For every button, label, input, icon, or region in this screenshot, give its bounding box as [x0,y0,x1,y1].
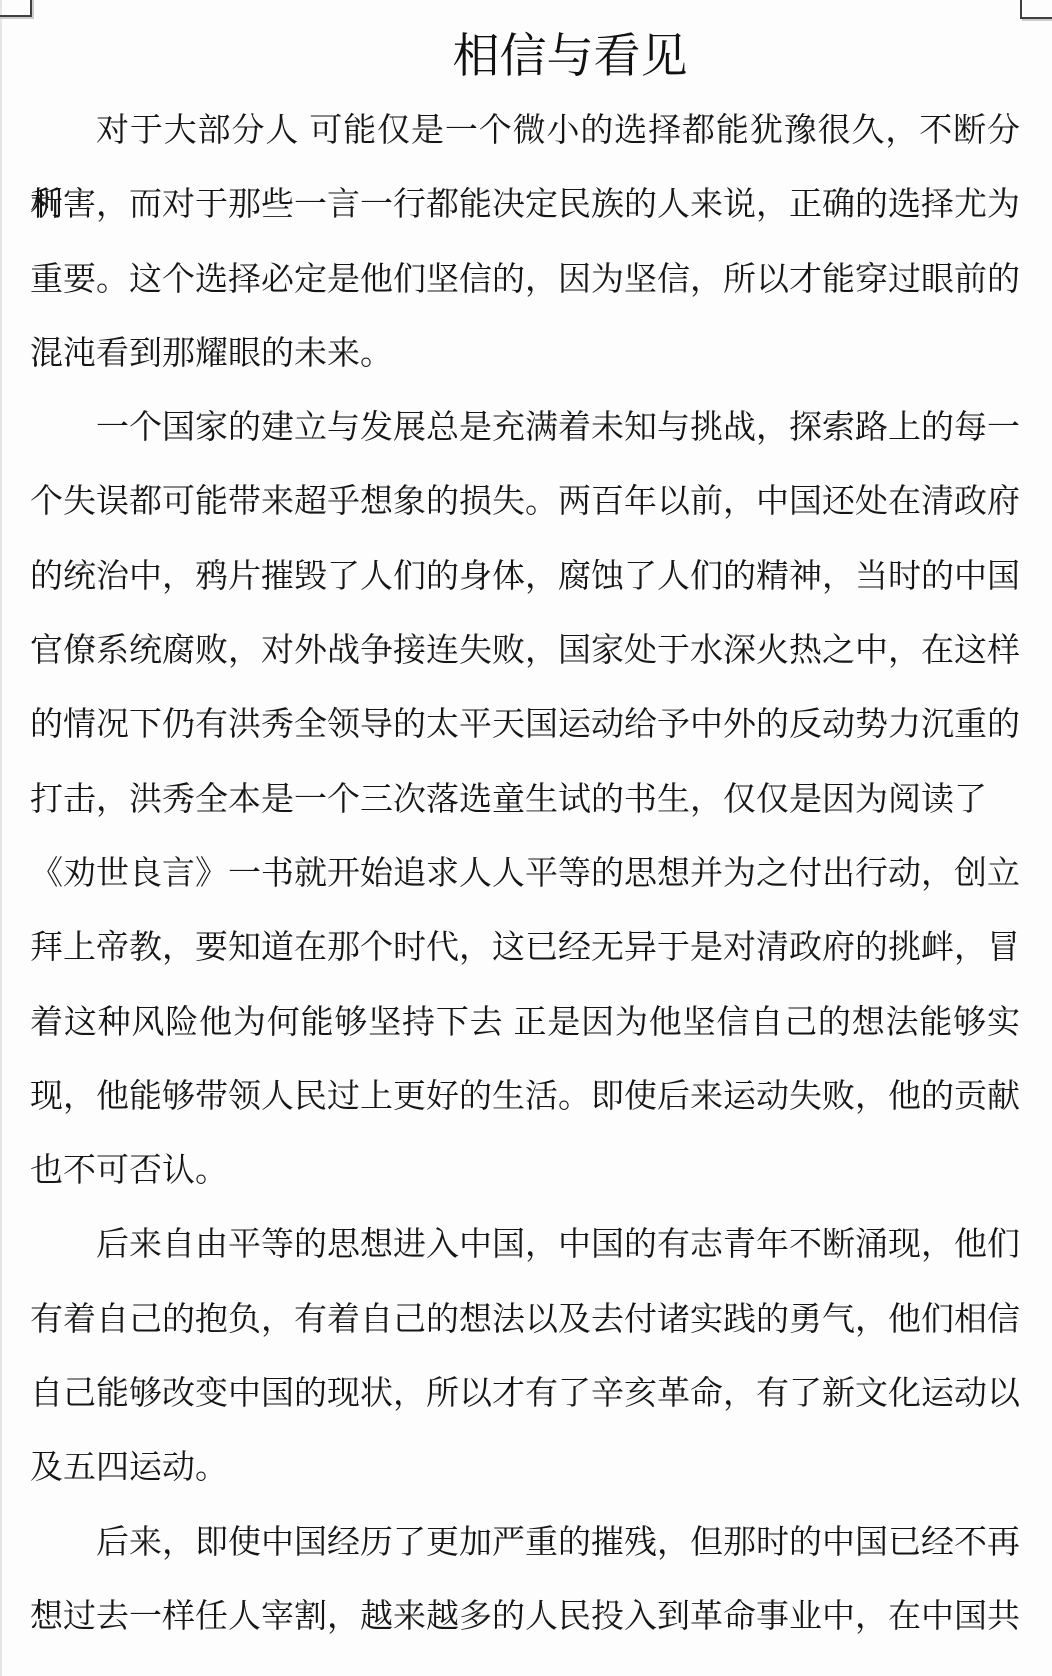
page-edge-line [0,0,2,1676]
text-line: 官僚系统腐败，对外战争接连失败，国家处于水深火热之中，在这样 [30,613,1020,687]
text-line: 混沌看到那耀眼的未来。 [30,316,1020,390]
crop-mark-top-right [1020,0,1052,19]
text-line: 打击，洪秀全本是一个三次落选童生试的书生，仅仅是因为阅读了 [30,762,1020,836]
text-line: 及五四运动。 [30,1430,1020,1504]
body-text: 相信与看见 对于大部分人 可能仅是一个微小的选择都能犹豫很久，不断分析利害，而对… [30,18,1020,1653]
text-line: 利害，而对于那些一言一行都能决定民族的人来说，正确的选择尤为 [30,167,1020,241]
text-line: 一个国家的建立与发展总是充满着未知与挑战，探索路上的每一 [30,390,1020,464]
text-line: 的情况下仍有洪秀全领导的太平天国运动给予中外的反动势力沉重的 [30,687,1020,761]
text-line: 的统治中，鸦片摧毁了人们的身体，腐蚀了人们的精神，当时的中国 [30,539,1020,613]
text-line: 现，他能够带领人民过上更好的生活。即使后来运动失败，他的贡献 [30,1059,1020,1133]
text-line: 有着自己的抱负，有着自己的想法以及去付诸实践的勇气，他们相信 [30,1282,1020,1356]
text-line: 个失误都可能带来超乎想象的损失。两百年以前，中国还处在清政府 [30,464,1020,538]
document-title: 相信与看见 [30,18,1020,93]
text-line: 也不可否认。 [30,1133,1020,1207]
text-line: 《劝世良言》一书就开始追求人人平等的思想并为之付出行动，创立 [30,836,1020,910]
text-line: 重要。这个选择必定是他们坚信的，因为坚信，所以才能穿过眼前的 [30,242,1020,316]
document-page: 相信与看见 对于大部分人 可能仅是一个微小的选择都能犹豫很久，不断分析利害，而对… [0,0,1052,1676]
text-line: 想过去一样任人宰割，越来越多的人民投入到革命事业中，在中国共 [30,1579,1020,1653]
text-line: 自己能够改变中国的现状，所以才有了辛亥革命，有了新文化运动以 [30,1356,1020,1430]
text-line: 后来自由平等的思想进入中国，中国的有志青年不断涌现，他们 [30,1207,1020,1281]
text-line: 拜上帝教，要知道在那个时代，这已经无异于是对清政府的挑衅，冒 [30,910,1020,984]
text-line: 着这种风险他为何能够坚持下去 正是因为他坚信自己的想法能够实 [30,985,1020,1059]
crop-mark-top-left [0,0,32,17]
text-line: 对于大部分人 可能仅是一个微小的选择都能犹豫很久，不断分析 [30,93,1020,167]
text-line: 后来，即使中国经历了更加严重的摧残，但那时的中国已经不再 [30,1505,1020,1579]
